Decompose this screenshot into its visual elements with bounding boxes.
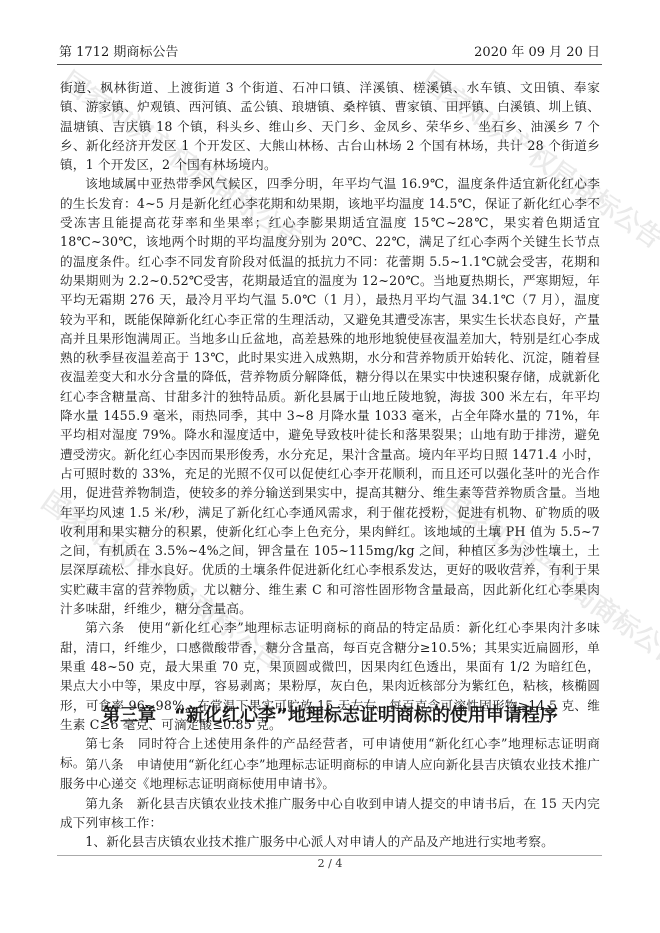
page-header: 第 1712 期商标公告 2020 年 09 月 20 日 — [57, 44, 602, 65]
paragraph-article-9: 第九条 新化县吉庆镇农业技术推广服务中心自收到申请人提交的申请书后，在 15 天… — [60, 794, 600, 833]
chapter-heading: 第三章 “新化红心李”地理标志证明商标的使用申请程序 — [60, 703, 600, 729]
body-text-2: 第八条 申请使用“新化红心李”地理标志证明商标的申请人应向新化县吉庆镇农业技术推… — [60, 755, 600, 851]
body-text: 街道、枫林街道、上渡街道 3 个街道、石冲口镇、洋溪镇、槎溪镇、水车镇、文田镇、… — [60, 78, 600, 773]
paragraph: 街道、枫林街道、上渡街道 3 个街道、石冲口镇、洋溪镇、槎溪镇、水车镇、文田镇、… — [60, 78, 600, 174]
issue-label: 第 1712 期商标公告 — [59, 44, 178, 62]
date-label: 2020 年 09 月 20 日 — [474, 44, 600, 62]
paragraph-item-1: 1、新化县吉庆镇农业技术推广服务中心派人对申请人的产品及产地进行实地考察。 — [60, 832, 600, 851]
page-number: 2 / 4 — [0, 857, 660, 870]
paragraph: 该地域属中亚热带季风气候区，四季分明，年平均气温 16.9℃，温度条件适宜新化红… — [60, 174, 600, 618]
paragraph-article-8: 第八条 申请使用“新化红心李”地理标志证明商标的申请人应向新化县吉庆镇农业技术推… — [60, 755, 600, 794]
footer-divider — [57, 855, 602, 856]
